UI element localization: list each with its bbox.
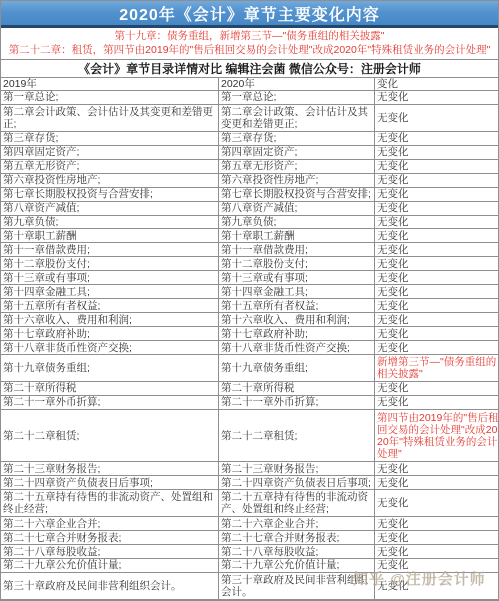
cell-change: 无变化 [375, 559, 499, 573]
cell-2020: 第二十三章财务报告; [219, 462, 375, 476]
cell-2020: 第二十一章外币折算; [219, 395, 375, 409]
comparison-table-wrap: 2019年 2020年 变化 第一章总论;第一章总论;无变化第二章会计政策、会计… [1, 77, 498, 600]
cell-change: 无变化 [375, 104, 499, 131]
cell-2020: 第十章职工薪酬 [219, 229, 375, 243]
cell-2019: 第五章无形资产; [1, 159, 219, 173]
table-row: 第二十四章资产负债表日后事项;第二十四章资产负债表日后事项;无变化 [1, 476, 498, 490]
cell-change: 无变化 [375, 285, 499, 299]
cell-change: 无变化 [375, 313, 499, 327]
cell-2020: 第十九章债务重组; [219, 355, 375, 382]
cell-2019: 第十七章政府补助; [1, 327, 219, 341]
cell-2020: 第三十章政府及民间非营利组织会计。 [219, 572, 375, 599]
column-header-2020: 2020年 [219, 78, 375, 91]
table-header-row: 2019年 2020年 变化 [1, 78, 498, 91]
cell-2019: 第十一章借款费用; [1, 243, 219, 257]
cell-2019: 第三章存货; [1, 131, 219, 145]
cell-2020: 第十七章政府补助; [219, 327, 375, 341]
document-sheet: 2020年《会计》章节主要变化内容 第十九章：债务重组，新增第三节—"债务重组的… [0, 0, 499, 601]
table-row: 第二十三章财务报告;第二十三章财务报告;无变化 [1, 462, 498, 476]
table-row: 第二十六章企业合并;第二十六章企业合并;无变化 [1, 517, 498, 531]
title-bar: 2020年《会计》章节主要变化内容 [1, 1, 498, 28]
subtitle: 《会计》章节目录详情对比 编辑注会菌 微信公众号：注册会计师 [1, 59, 498, 77]
cell-2019: 第二十章所得税 [1, 381, 219, 395]
table-row: 第十四章金融工具;第十四章金融工具;无变化 [1, 285, 498, 299]
table-row: 第十七章政府补助;第十七章政府补助;无变化 [1, 327, 498, 341]
cell-change: 无变化 [375, 299, 499, 313]
cell-2020: 第二十八章每股收益; [219, 545, 375, 559]
cell-2019: 第二十一章外币折算; [1, 395, 219, 409]
cell-2019: 第二十五章持有待售的非流动资产、处置组和终止经营; [1, 490, 219, 517]
cell-2019: 第二十七章合并财务报表; [1, 531, 219, 545]
cell-2019: 第九章负债; [1, 215, 219, 229]
cell-change: 无变化 [375, 271, 499, 285]
table-row: 第二十章所得税第二十章所得税无变化 [1, 381, 498, 395]
cell-2020: 第十四章金融工具; [219, 285, 375, 299]
cell-2020: 第十五章所有者权益; [219, 299, 375, 313]
table-row: 第十五章所有者权益;第十五章所有者权益;无变化 [1, 299, 498, 313]
table-row: 第二十八章每股收益;第二十八章每股收益;无变化 [1, 545, 498, 559]
cell-2020: 第二十章所得税 [219, 381, 375, 395]
cell-change: 无变化 [375, 131, 499, 145]
cell-2019: 第七章长期股权投资与合营安排; [1, 187, 219, 201]
note-line-chapter22: 第二十二章：租赁，第四节由2019年的"售后租回交易的会计处理"改成2020年"… [9, 44, 491, 57]
cell-change-highlighted: 第四节由2019年的"售后租回交易的会计处理"改成2020年"特殊租赁业务的会计… [375, 409, 499, 462]
cell-2020: 第六章投资性房地产; [219, 173, 375, 187]
cell-change-highlighted: 新增第三节—"债务重组的相关披露" [375, 355, 499, 382]
cell-change: 无变化 [375, 257, 499, 271]
cell-change: 无变化 [375, 243, 499, 257]
cell-change: 无变化 [375, 91, 499, 105]
cell-2019: 第二十九章公允价值计量; [1, 559, 219, 573]
table-row: 第十六章收入、费用和利润;第十六章收入、费用和利润;无变化 [1, 313, 498, 327]
cell-2020: 第十三章或有事项; [219, 271, 375, 285]
cell-2019: 第十八章非货币性资产交换; [1, 341, 219, 355]
cell-change: 无变化 [375, 187, 499, 201]
cell-2020: 第十八章非货币性资产交换; [219, 341, 375, 355]
page-title: 2020年《会计》章节主要变化内容 [119, 2, 380, 25]
cell-change: 无变化 [375, 201, 499, 215]
table-row: 第三章存货;第三章存货;无变化 [1, 131, 498, 145]
table-body: 第一章总论;第一章总论;无变化第二章会计政策、会计估计及其变更和差错更正;第二章… [1, 91, 498, 600]
table-row: 第五章无形资产;第五章无形资产;无变化 [1, 159, 498, 173]
table-row: 第十章职工薪酬第十章职工薪酬无变化 [1, 229, 498, 243]
column-header-change: 变化 [375, 78, 499, 91]
table-row: 第十三章或有事项;第十三章或有事项;无变化 [1, 271, 498, 285]
table-row: 第二十七章合并财务报表;第二十七章合并财务报表;无变化 [1, 531, 498, 545]
cell-2020: 第二十四章资产负债表日后事项; [219, 476, 375, 490]
comparison-table: 2019年 2020年 变化 第一章总论;第一章总论;无变化第二章会计政策、会计… [1, 77, 498, 600]
cell-2019: 第二十四章资产负债表日后事项; [1, 476, 219, 490]
cell-2020: 第十六章收入、费用和利润; [219, 313, 375, 327]
cell-change: 无变化 [375, 476, 499, 490]
table-row: 第四章固定资产;第四章固定资产;无变化 [1, 145, 498, 159]
cell-2020: 第一章总论; [219, 91, 375, 105]
cell-change: 无变化 [375, 215, 499, 229]
table-row: 第三十章政府及民间非营利组织会计。第三十章政府及民间非营利组织会计。无变化 [1, 572, 498, 599]
cell-2019: 第二十三章财务报告; [1, 462, 219, 476]
cell-2020: 第二十二章租赁; [219, 409, 375, 462]
cell-2019: 第三十章政府及民间非营利组织会计。 [1, 572, 219, 599]
table-row: 第六章投资性房地产;第六章投资性房地产;无变化 [1, 173, 498, 187]
cell-2019: 第六章投资性房地产; [1, 173, 219, 187]
cell-2019: 第十四章金融工具; [1, 285, 219, 299]
table-row: 第十二章股份支付;第十二章股份支付;无变化 [1, 257, 498, 271]
cell-2019: 第十五章所有者权益; [1, 299, 219, 313]
table-row: 第七章长期股权投资与合营安排;第七章长期股权投资与合营安排;无变化 [1, 187, 498, 201]
cell-2020: 第二十七章合并财务报表; [219, 531, 375, 545]
cell-change: 无变化 [375, 381, 499, 395]
cell-change: 无变化 [375, 395, 499, 409]
table-row: 第十八章非货币性资产交换;第十八章非货币性资产交换;无变化 [1, 341, 498, 355]
cell-2019: 第十三章或有事项; [1, 271, 219, 285]
cell-2019: 第二十八章每股收益; [1, 545, 219, 559]
table-row: 第二章会计政策、会计估计及其变更和差错更正;第二章会计政策、会计估计及其变更和差… [1, 104, 498, 131]
cell-change: 无变化 [375, 327, 499, 341]
cell-2020: 第十二章股份支付; [219, 257, 375, 271]
cell-change: 无变化 [375, 545, 499, 559]
cell-2019: 第四章固定资产; [1, 145, 219, 159]
cell-2019: 第一章总论; [1, 91, 219, 105]
cell-2019: 第八章资产减值; [1, 201, 219, 215]
cell-change: 无变化 [375, 145, 499, 159]
cell-2020: 第三章存货; [219, 131, 375, 145]
cell-change: 无变化 [375, 531, 499, 545]
cell-2020: 第九章负债; [219, 215, 375, 229]
cell-2019: 第二十六章企业合并; [1, 517, 219, 531]
cell-change: 无变化 [375, 341, 499, 355]
cell-2020: 第二章会计政策、会计估计及其变更和差错更正; [219, 104, 375, 131]
table-row: 第一章总论;第一章总论;无变化 [1, 91, 498, 105]
cell-2019: 第十二章股份支付; [1, 257, 219, 271]
table-row: 第八章资产减值;第八章资产减值;无变化 [1, 201, 498, 215]
table-row: 第十九章债务重组;第十九章债务重组;新增第三节—"债务重组的相关披露" [1, 355, 498, 382]
cell-2019: 第十章职工薪酬 [1, 229, 219, 243]
cell-2020: 第二十五章持有待售的非流动资产、处置组和终止经营; [219, 490, 375, 517]
cell-2020: 第七章长期股权投资与合营安排; [219, 187, 375, 201]
table-row: 第十一章借款费用;第十一章借款费用;无变化 [1, 243, 498, 257]
cell-2019: 第二章会计政策、会计估计及其变更和差错更正; [1, 104, 219, 131]
cell-2020: 第四章固定资产; [219, 145, 375, 159]
cell-2019: 第十六章收入、费用和利润; [1, 313, 219, 327]
cell-change: 无变化 [375, 159, 499, 173]
note-line-chapter19: 第十九章：债务重组，新增第三节—"债务重组的相关披露" [115, 30, 385, 43]
cell-change: 无变化 [375, 517, 499, 531]
cell-2020: 第二十九章公允价值计量; [219, 559, 375, 573]
cell-change: 无变化 [375, 462, 499, 476]
cell-change: 无变化 [375, 229, 499, 243]
cell-2019: 第十九章债务重组; [1, 355, 219, 382]
cell-2020: 第二十六章企业合并; [219, 517, 375, 531]
table-row: 第九章负债;第九章负债;无变化 [1, 215, 498, 229]
table-row: 第二十二章租赁;第二十二章租赁;第四节由2019年的"售后租回交易的会计处理"改… [1, 409, 498, 462]
cell-2020: 第五章无形资产; [219, 159, 375, 173]
table-row: 第二十九章公允价值计量;第二十九章公允价值计量;无变化 [1, 559, 498, 573]
change-notes: 第十九章：债务重组，新增第三节—"债务重组的相关披露" 第二十二章：租赁，第四节… [1, 28, 498, 59]
column-header-2019: 2019年 [1, 78, 219, 91]
cell-2020: 第八章资产减值; [219, 201, 375, 215]
cell-change: 无变化 [375, 173, 499, 187]
cell-2019: 第二十二章租赁; [1, 409, 219, 462]
cell-change: 无变化 [375, 490, 499, 517]
cell-change: 无变化 [375, 572, 499, 599]
cell-2020: 第十一章借款费用; [219, 243, 375, 257]
table-row: 第二十一章外币折算;第二十一章外币折算;无变化 [1, 395, 498, 409]
table-row: 第二十五章持有待售的非流动资产、处置组和终止经营;第二十五章持有待售的非流动资产… [1, 490, 498, 517]
subtitle-text: 《会计》章节目录详情对比 编辑注会菌 微信公众号：注册会计师 [78, 60, 421, 77]
